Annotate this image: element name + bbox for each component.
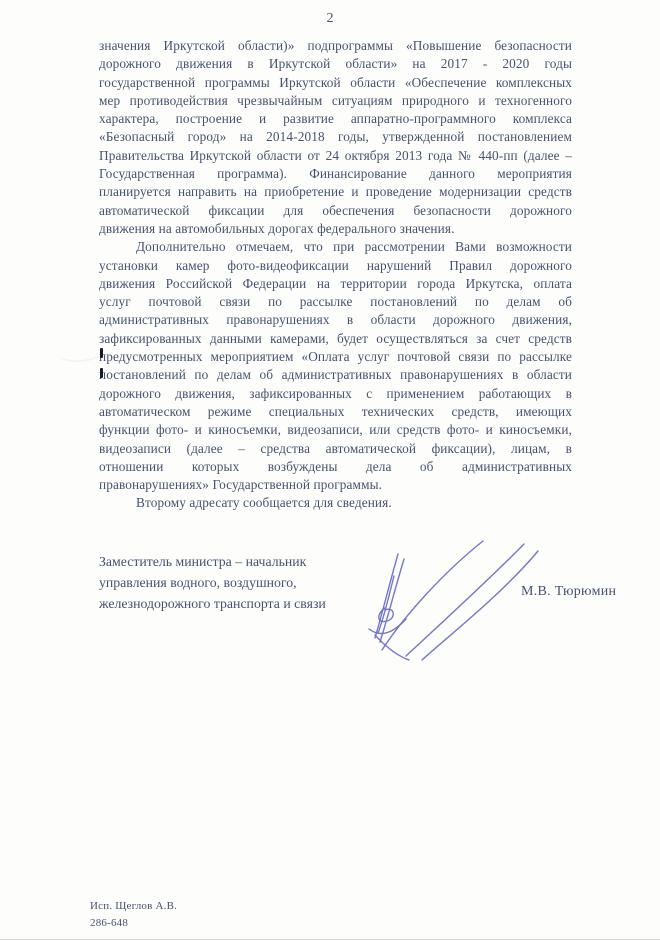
text-line: постановлений по делам об административн… xyxy=(99,366,572,384)
letter-body: значения Иркутской области)» подпрограмм… xyxy=(99,37,572,513)
text-line: Дополнительно отмечаем, что при рассмотр… xyxy=(99,238,572,256)
scan-artifact-mark xyxy=(100,368,103,378)
text-line: Второму адресату сообщается для сведения… xyxy=(99,494,572,512)
text-line: правонарушениях» Государственной програм… xyxy=(99,476,572,494)
text-line: автоматической фиксации для обеспечения … xyxy=(99,202,572,220)
handwritten-signature-icon xyxy=(352,532,552,672)
text-line: функции фото- и киносъемки, видеозаписи,… xyxy=(99,421,572,439)
text-line: зафиксированных данными камерами, будет … xyxy=(99,330,572,348)
executor-name: Исп. Щеглов А.В. xyxy=(90,898,177,915)
page-number: 2 xyxy=(0,11,660,27)
executor-footer: Исп. Щеглов А.В. 286-648 xyxy=(90,898,177,931)
signer-name: М.В. Тюрюмин xyxy=(521,584,616,600)
text-line: видеозаписи (далее – средства автоматиче… xyxy=(99,440,572,458)
text-line: дорожного движения в Иркутской области» … xyxy=(99,55,572,73)
text-line: движения Российской Федерации на террито… xyxy=(99,275,572,293)
text-line: движения на автомобильных дорогах федера… xyxy=(99,220,572,238)
text-line: «Безопасный город» на 2014-2018 годы, ут… xyxy=(99,128,572,146)
text-line: дорожного движения, зафиксированных с пр… xyxy=(99,385,572,403)
text-line: значения Иркутской области)» подпрограмм… xyxy=(99,37,572,55)
text-line: административных правонарушениях в облас… xyxy=(99,311,572,329)
text-line: планируется направить на приобретение и … xyxy=(99,183,572,201)
text-line: Правительства Иркутской области от 24 ок… xyxy=(99,147,572,165)
executor-phone: 286-648 xyxy=(90,915,177,932)
text-line: характера, построение и развитие аппарат… xyxy=(99,110,572,128)
text-line: услуг почтовой связи по рассылке постано… xyxy=(99,293,572,311)
text-line: мер противодействия чрезвычайным ситуаци… xyxy=(99,92,572,110)
document-page: 2 значения Иркутской области)» подпрогра… xyxy=(0,0,660,940)
scan-smudge xyxy=(57,342,102,363)
text-line: предусмотренных мероприятием «Оплата усл… xyxy=(99,348,572,366)
text-line: отношении которых возбуждены дела об адм… xyxy=(99,458,572,476)
scan-artifact-mark xyxy=(100,348,103,358)
text-line: автоматическом режиме специальных технич… xyxy=(99,403,572,421)
text-line: Государственная программа). Финансирован… xyxy=(99,165,572,183)
text-line: установки камер фото-видеофиксации наруш… xyxy=(99,257,572,275)
text-line: государственной программы Иркутской обла… xyxy=(99,74,572,92)
